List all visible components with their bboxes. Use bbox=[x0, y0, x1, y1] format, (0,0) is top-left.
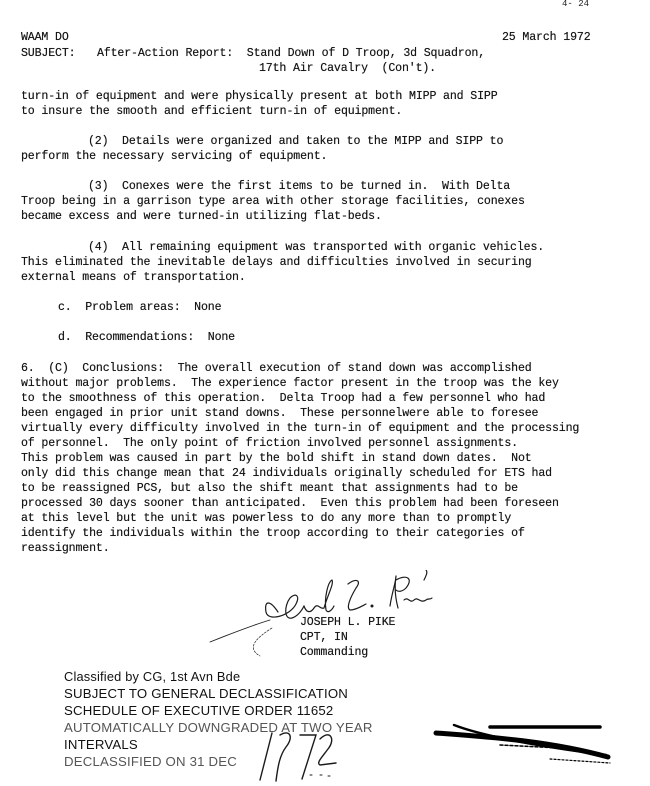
text-line: at this level but the unit was powerless… bbox=[21, 511, 511, 526]
text-line: (4) All remaining equipment was transpor… bbox=[88, 240, 544, 255]
signer-name: JOSEPH L. PIKE bbox=[300, 615, 395, 630]
text-line: This problem was caused in part by the b… bbox=[21, 451, 532, 466]
text-line: reassignment. bbox=[21, 541, 110, 556]
document-page: 4- 24 WAAM DO 25 March 1972 SUBJECT: Aft… bbox=[0, 0, 650, 786]
text-line: turn-in of equipment and were physically… bbox=[21, 89, 498, 104]
subject-line-continued: 17th Air Cavalry (Con't). bbox=[259, 61, 436, 76]
signer-role: Commanding bbox=[300, 645, 368, 660]
signer-rank: CPT, IN bbox=[300, 630, 348, 645]
stamp-line: Classified by CG, 1st Avn Bde bbox=[64, 668, 373, 685]
text-line: Troop being in a garrison type area with… bbox=[21, 194, 525, 209]
text-line: identify the individuals within the troo… bbox=[21, 526, 525, 541]
subject-label: SUBJECT: bbox=[21, 46, 75, 61]
text-line: processed 30 days sooner than anticipate… bbox=[21, 496, 559, 511]
redaction-scribble bbox=[430, 715, 630, 775]
text-line: external means of transportation. bbox=[21, 270, 246, 285]
text-line: became excess and were turned-in utilizi… bbox=[21, 209, 382, 224]
page-corner-mark: 4- 24 bbox=[562, 0, 589, 6]
handwritten-declassification-year bbox=[250, 725, 340, 785]
text-line: without major problems. The experience f… bbox=[21, 376, 559, 391]
subject-line: After-Action Report: Stand Down of D Tro… bbox=[97, 46, 485, 61]
text-line: This eliminated the inevitable delays an… bbox=[21, 255, 532, 270]
text-line: (2) Details were organized and taken to … bbox=[88, 134, 503, 149]
text-line: virtually every difficulty involved in t… bbox=[21, 421, 579, 436]
problem-areas-item: c. Problem areas: None bbox=[58, 300, 221, 315]
text-line: perform the necessary servicing of equip… bbox=[21, 149, 327, 164]
stamp-line: SCHEDULE OF EXECUTIVE ORDER 11652 bbox=[64, 702, 373, 719]
office-symbol: WAAM DO bbox=[21, 30, 69, 45]
text-line: 6. (C) Conclusions: The overall executio… bbox=[21, 361, 532, 376]
text-line: only did this change mean that 24 indivi… bbox=[21, 466, 552, 481]
text-line: been engaged in prior unit stand downs. … bbox=[21, 406, 538, 421]
text-line: of personnel. The only point of friction… bbox=[21, 436, 518, 451]
text-line: to the smoothness of this operation. Del… bbox=[21, 391, 545, 406]
text-line: to insure the smooth and efficient turn-… bbox=[21, 104, 402, 119]
text-line: to be reassigned PCS, but also the shift… bbox=[21, 481, 518, 496]
stamp-line: SUBJECT TO GENERAL DECLASSIFICATION bbox=[64, 685, 373, 702]
document-date: 25 March 1972 bbox=[502, 30, 591, 45]
text-line: (3) Conexes were the first items to be t… bbox=[88, 179, 510, 194]
recommendations-item: d. Recommendations: None bbox=[58, 330, 235, 345]
